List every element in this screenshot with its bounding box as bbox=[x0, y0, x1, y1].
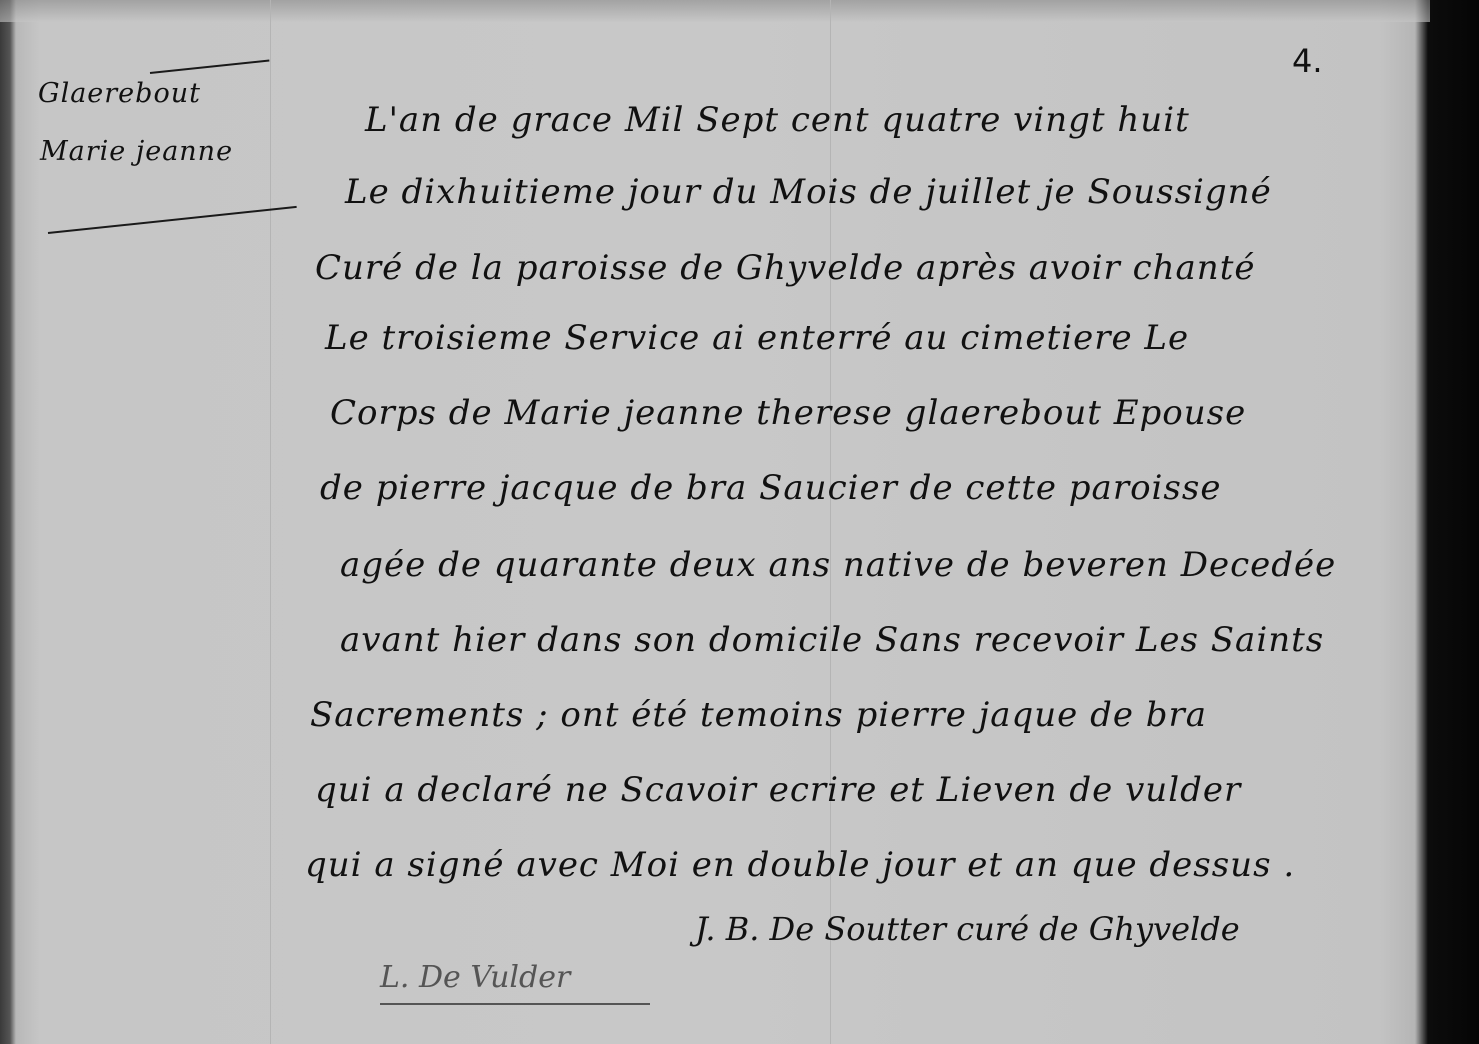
witness-signature: L. De Vulder bbox=[380, 960, 570, 995]
record-line-5: Corps de Marie jeanne therese glaerebout… bbox=[330, 393, 1246, 433]
record-line-10: qui a declaré ne Scavoir ecrire et Lieve… bbox=[315, 770, 1241, 810]
page-top-shadow bbox=[0, 0, 1430, 22]
paper-crease bbox=[270, 0, 271, 1044]
record-line-6: de pierre jacque de bra Saucier de cette… bbox=[320, 468, 1221, 508]
witness-signature-underline bbox=[380, 1003, 650, 1005]
document-page: 4. Glaerebout Marie jeanne L'an de grace… bbox=[0, 0, 1479, 1044]
record-line-8: avant hier dans son domicile Sans recevo… bbox=[340, 620, 1324, 660]
record-line-2: Le dixhuitieme jour du Mois de juillet j… bbox=[345, 172, 1272, 212]
paper-crease bbox=[830, 0, 831, 1044]
record-line-11: qui a signé avec Moi en double jour et a… bbox=[305, 845, 1295, 885]
record-line-7: agée de quarante deux ans native de beve… bbox=[340, 545, 1336, 585]
record-line-3: Curé de la paroisse de Ghyvelde après av… bbox=[315, 248, 1256, 288]
margin-surname: Glaerebout bbox=[38, 78, 201, 109]
record-line-4: Le troisieme Service ai enterré au cimet… bbox=[325, 318, 1189, 358]
margin-divider bbox=[48, 206, 297, 234]
priest-signature: J. B. De Soutter curé de Ghyvelde bbox=[695, 910, 1240, 948]
margin-given-names: Marie jeanne bbox=[40, 136, 233, 167]
margin-underline bbox=[150, 59, 270, 74]
page-number: 4. bbox=[1292, 42, 1323, 80]
record-line-1: L'an de grace Mil Sept cent quatre vingt… bbox=[365, 100, 1190, 140]
record-line-9: Sacrements ; ont été temoins pierre jaqu… bbox=[310, 695, 1207, 735]
